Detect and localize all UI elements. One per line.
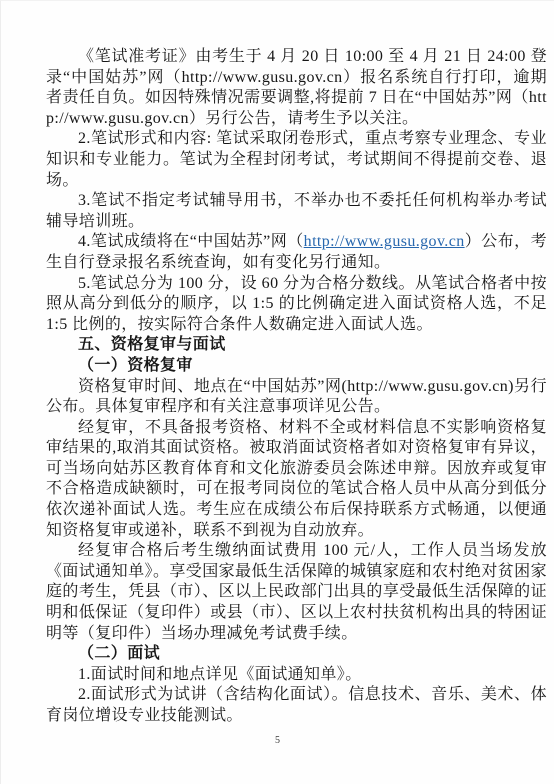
text-run: 5.笔试总分为 100 分，设 60 分为合格分数线。从笔试合格者中按照从高分到… <box>46 275 547 333</box>
paragraph: 《笔试准考证》由考生于 4 月 20 日 10:00 至 4 月 21 日 24… <box>46 47 547 129</box>
text-run: 资格复审时间、地点在“中国姑苏”网(http://www.gusu.gov.cn… <box>46 378 547 416</box>
text-run: 经复审，不具备报考资格、材料不全或材料信息不实影响资格复审结果的,取消其面试资格… <box>46 419 547 539</box>
page-number: 5 <box>1 735 554 746</box>
document-page: 《笔试准考证》由考生于 4 月 20 日 10:00 至 4 月 21 日 24… <box>0 0 554 784</box>
text-run: 4.笔试成绩将在“中国姑苏”网（ <box>78 233 304 250</box>
text-run: 2.笔试形式和内容: 笔试采取闭卷形式，重点考察专业理念、专业知识和专业能力。笔… <box>46 130 547 188</box>
text-run: 经复审合格后考生缴纳面试费用 100 元/人，工作人员当场发放《面试通知单》。享… <box>46 542 547 641</box>
section-heading: （一）资格复审 <box>46 356 547 377</box>
paragraph: 2.面试形式为试讲（含结构化面试）。信息技术、音乐、美术、体育岗位增设专业技能测… <box>46 685 547 726</box>
document-body: 《笔试准考证》由考生于 4 月 20 日 10:00 至 4 月 21 日 24… <box>46 47 547 727</box>
text-run: （一）资格复审 <box>78 357 193 374</box>
section-heading: （二）面试 <box>46 644 547 665</box>
paragraph: 4.笔试成绩将在“中国姑苏”网（http://www.gusu.gov.cn）公… <box>46 232 547 273</box>
paragraph: 1.面试时间和地点详见《面试通知单》。 <box>46 665 547 686</box>
paragraph: 经复审，不具备报考资格、材料不全或材料信息不实影响资格复审结果的,取消其面试资格… <box>46 418 547 542</box>
paragraph: 经复审合格后考生缴纳面试费用 100 元/人，工作人员当场发放《面试通知单》。享… <box>46 541 547 644</box>
text-run: 2.面试形式为试讲（含结构化面试）。信息技术、音乐、美术、体育岗位增设专业技能测… <box>46 686 547 724</box>
text-run: 五、资格复审与面试 <box>78 336 226 353</box>
text-run: 3.笔试不指定考试辅导用书，不举办也不委托任何机构举办考试辅导培训班。 <box>46 192 547 230</box>
paragraph: 3.笔试不指定考试辅导用书，不举办也不委托任何机构举办考试辅导培训班。 <box>46 191 547 232</box>
paragraph: 资格复审时间、地点在“中国姑苏”网(http://www.gusu.gov.cn… <box>46 377 547 418</box>
paragraph: 5.笔试总分为 100 分，设 60 分为合格分数线。从笔试合格者中按照从高分到… <box>46 274 547 336</box>
text-run: 1.面试时间和地点详见《面试通知单》。 <box>78 666 362 683</box>
paragraph: 2.笔试形式和内容: 笔试采取闭卷形式，重点考察专业理念、专业知识和专业能力。笔… <box>46 129 547 191</box>
text-run: 《笔试准考证》由考生于 4 月 20 日 10:00 至 4 月 21 日 24… <box>46 48 547 127</box>
gusu-website-link[interactable]: http://www.gusu.gov.cn <box>304 233 465 250</box>
text-run: （二）面试 <box>78 645 160 662</box>
section-heading: 五、资格复审与面试 <box>46 335 547 356</box>
